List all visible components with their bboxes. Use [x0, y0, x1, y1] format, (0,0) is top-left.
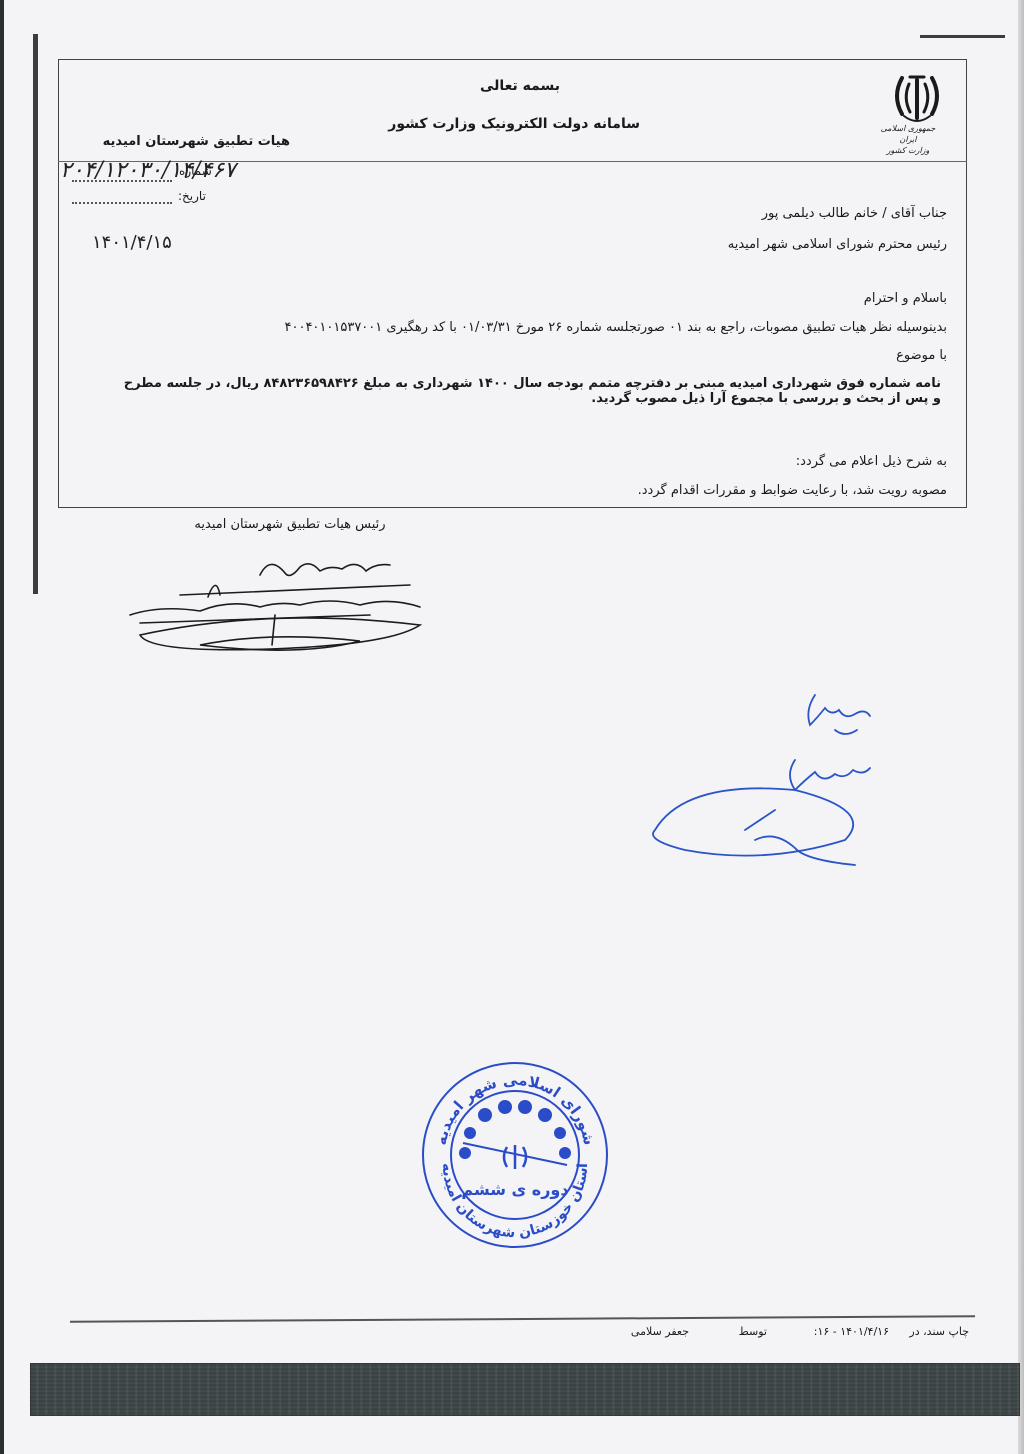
scan-edge-left	[0, 0, 4, 1454]
system-title: سامانه دولت الکترونیک وزارت کشور	[400, 116, 640, 132]
addressee: جناب آقای / خانم طالب دیلمی پور	[762, 206, 947, 221]
signature-chairman	[120, 545, 440, 665]
scan-edge-right	[1018, 0, 1024, 1454]
council-stamp: شورای اسلامی شهر امیدیه دوره ی ششم استان…	[415, 1055, 615, 1255]
stamp-text-inner: دوره ی ششم	[461, 1180, 568, 1199]
emblem-caption: جمهوری اسلامی ایران وزارت کشور	[872, 123, 944, 156]
date-label: تاریخ:	[178, 189, 206, 203]
margin-bar	[33, 34, 38, 594]
greeting: باسلام و احترام	[864, 291, 947, 306]
top-rule	[920, 35, 1005, 38]
signature-handwritten-note	[645, 680, 885, 870]
announce-line: به شرح ذیل اعلام می گردد:	[796, 454, 947, 469]
footer-user: جعفر سلامی	[631, 1325, 689, 1338]
handwritten-number: ۲۰۴/۱۲۰۳۰/۱۴/۴۶۷	[60, 158, 236, 183]
footer-rule	[70, 1315, 975, 1323]
svg-text:شورای اسلامی شهر امیدیه: شورای اسلامی شهر امیدیه	[432, 1071, 599, 1147]
stamp-text-top: شورای اسلامی شهر امیدیه	[432, 1071, 599, 1147]
footer-printed-label: چاپ سند، در	[909, 1325, 969, 1338]
board-name: هیات تطبیق شهرستان امیدیه	[170, 134, 290, 149]
handwritten-date: ۱۴۰۱/۴/۱۵	[92, 232, 172, 253]
emblem-caption-line2: وزارت کشور	[872, 145, 944, 156]
subject-label: با موضوع	[896, 348, 947, 363]
footer-by-label: توسط	[739, 1325, 767, 1338]
signature-title: رئیس هیات تطبیق شهرستان امیدیه	[180, 517, 400, 532]
date-dotted-line	[72, 202, 172, 204]
addressee-role: رئیس محترم شورای اسلامی شهر امیدیه	[728, 237, 947, 252]
bismillah: بسمه تعالی	[460, 78, 580, 94]
intro-paragraph: بدینوسیله نظر هیات تطبیق مصوبات، راجع به…	[87, 320, 947, 335]
footer-datetime: :۱۶ - ۱۴۰۱/۴/۱۶	[814, 1325, 889, 1338]
emblem-caption-line1: جمهوری اسلامی ایران	[872, 123, 944, 145]
subject-text: نامه شماره فوق شهرداری امیدیه مبنی بر دف…	[121, 376, 941, 406]
scanner-band	[30, 1363, 1020, 1416]
result-line: مصوبه رویت شد، با رعایت ضوابط و مقررات ا…	[638, 483, 947, 498]
